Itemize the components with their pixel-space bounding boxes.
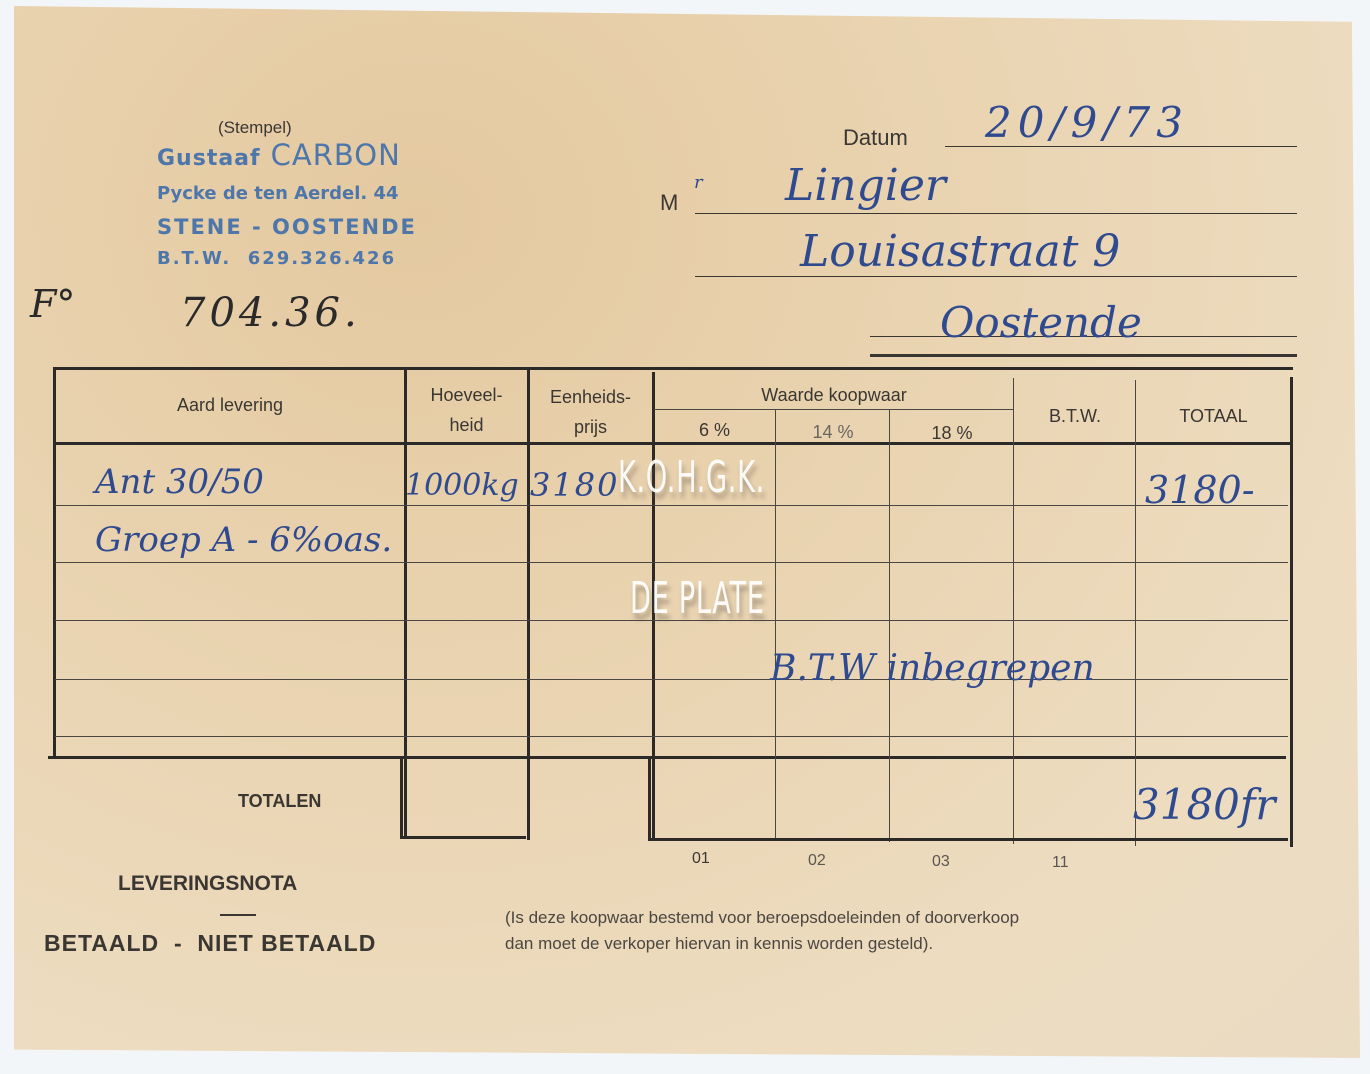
totals-value: 3180fr xyxy=(1133,780,1276,829)
table-top-border xyxy=(53,367,1293,370)
customer-street: Louisastraat 9 xyxy=(800,226,1120,277)
header-pct18: 18 % xyxy=(891,421,1013,445)
row-1-eenheidsprijs: 3180 xyxy=(530,466,619,504)
col-divider-btw xyxy=(1013,378,1014,844)
totals-label: TOTALEN xyxy=(238,791,321,812)
watermark-line2: DE PLATE xyxy=(630,573,765,624)
row-line-1 xyxy=(55,505,1288,506)
code-11: 11 xyxy=(1052,854,1069,872)
customer-city-double-line xyxy=(870,354,1297,357)
row-1-totaal: 3180- xyxy=(1145,468,1255,512)
table-right-border xyxy=(1290,377,1293,847)
totals-row-left xyxy=(648,756,651,840)
waarde-subheader-line xyxy=(654,409,1014,410)
col-divider-pct14 xyxy=(775,410,776,840)
col-divider-eenheidsprijs xyxy=(527,370,530,840)
stamp-first-name: Gustaaf xyxy=(157,146,261,171)
col-divider-totaal xyxy=(1135,380,1136,846)
customer-name: Lingier xyxy=(785,160,946,211)
header-aard-levering: Aard levering xyxy=(56,393,404,417)
invoice-number: 704.36. xyxy=(180,290,361,336)
stamp-last-name: CARBON xyxy=(271,138,401,172)
totals-box-bottom xyxy=(400,836,526,839)
customer-city: Oostende xyxy=(940,298,1142,347)
header-eenheidsprijs-line1: Eenheids- xyxy=(529,385,652,409)
code-03: 03 xyxy=(932,853,950,871)
table-header-bottom-border xyxy=(53,442,1293,445)
totals-box-left xyxy=(400,756,403,838)
totals-row-bottom xyxy=(648,838,1288,841)
datum-value: 20/9/73 xyxy=(985,98,1189,147)
footer-notice-line2: dan moet de verkoper hiervan in kennis w… xyxy=(505,934,933,954)
table-body-bottom-border xyxy=(48,756,1286,759)
row-1-hoeveelheid: 1000kg xyxy=(405,468,519,503)
footer-notice-line1: (Is deze koopwaar bestemd voor beroepsdo… xyxy=(505,908,1019,928)
header-pct14: 14 % xyxy=(777,420,889,444)
header-hoeveelheid-line2: heid xyxy=(406,413,527,437)
stamp-company-name: Gustaaf CARBON xyxy=(157,138,401,172)
row-line-4 xyxy=(55,679,1288,680)
header-hoeveelheid-line1: Hoeveel- xyxy=(406,383,527,407)
stamp-street: Pycke de ten Aerdel. 44 xyxy=(157,183,399,204)
row-line-5 xyxy=(55,736,1288,737)
btw-included-note: B.T.W inbegrepen xyxy=(770,648,1095,689)
row-2-aard: Groep A - 6%oas. xyxy=(95,520,392,560)
stamp-vat: B.T.W. 629.326.426 xyxy=(157,248,396,269)
customer-name-line xyxy=(695,213,1297,214)
col-divider-pct18 xyxy=(889,410,890,842)
row-1-aard: Ant 30/50 xyxy=(95,462,264,502)
row-line-2 xyxy=(55,562,1288,563)
header-eenheidsprijs-line2: prijs xyxy=(529,415,652,439)
stamp-label: (Stempel) xyxy=(218,118,292,138)
header-btw: B.T.W. xyxy=(1015,404,1135,428)
stamp-city: STENE - OOSTENDE xyxy=(157,215,417,239)
footer-title: LEVERINGSNOTA xyxy=(118,872,297,896)
header-pct6: 6 % xyxy=(654,418,775,442)
invoice-prefix: F° xyxy=(30,282,75,326)
payment-status: BETAALD - NIET BETAALD xyxy=(44,930,376,957)
code-02: 02 xyxy=(808,852,826,870)
m-superscript: r xyxy=(694,172,703,193)
col-divider-hoeveelheid xyxy=(404,368,407,838)
header-totaal: TOTAAL xyxy=(1137,404,1290,428)
datum-label: Datum xyxy=(843,125,908,151)
header-waarde-koopwaar: Waarde koopwaar xyxy=(654,383,1014,407)
watermark-line1: K.O.H.G.K. xyxy=(618,452,765,503)
m-label: M xyxy=(660,190,678,216)
footer-separator xyxy=(220,914,256,916)
code-01: 01 xyxy=(692,850,710,868)
